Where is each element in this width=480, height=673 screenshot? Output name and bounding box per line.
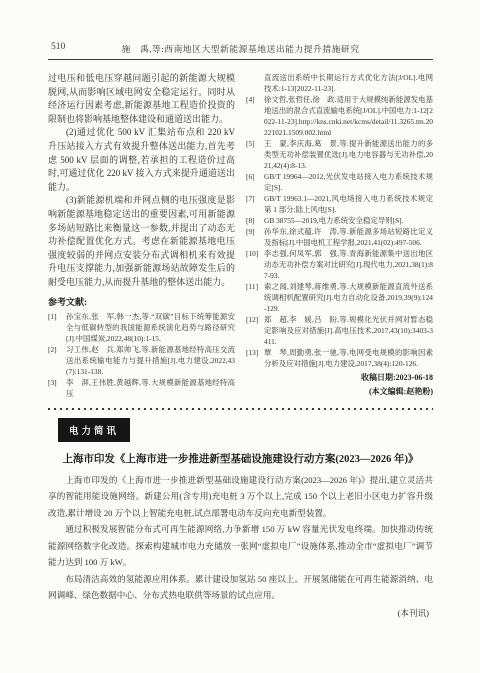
reference-continuation: 直流送出系统中长期运行方式优化方法[J/OL].电网技术:1-13[2022-1… [264, 72, 433, 94]
article-columns: 过电压和低电压穿越问题引起的新能源大规模脱网,从而影响区域电网安全稳定运行。同时… [48, 72, 433, 399]
ref-marker: [5] [246, 138, 264, 171]
ref-text: 孙宝东,张 军,韩一杰,等.“双碳”目标下统筹能源安全与低碳转型的我国能源系统演… [66, 311, 235, 344]
reference-item: [4] 徐文哲,张哲任,徐 政.适用于大规模纯新能源发电基地送出的混合式直流输电… [246, 94, 433, 138]
references-list: [1] 孙宝东,张 军,韩一杰,等.“双碳”目标下统筹能源安全与低碳转型的我国能… [48, 311, 235, 399]
left-column: 过电压和低电压穿越问题引起的新能源大规模脱网,从而影响区域电网安全稳定运行。同时… [48, 72, 235, 399]
ref-marker: [6] [246, 171, 264, 193]
editor-note: (本文编辑:赵艳粉) [246, 386, 433, 397]
paragraph: 过电压和低电压穿越问题引起的新能源大规模脱网,从而影响区域电网安全稳定运行。同时… [48, 72, 235, 126]
news-body: 上海市印发的《上海市进一步推进新型基础设施建设行动方案(2023—2026 年)… [48, 472, 433, 619]
page-header: 510 施 禹,等:西南地区大型新能源基地送出能力提升措施研究 [48, 42, 433, 55]
reference-item: [7] GB/T 19963.1—2021,风电场接入电力系统技术规定 第 1 … [246, 193, 433, 215]
journal-page: 510 施 禹,等:西南地区大型新能源基地送出能力提升措施研究 过电压和低电压穿… [0, 0, 480, 619]
reference-item: [11] 索之闻,刘建琴,蒋维勇,等.大规模新能源直流外送系统调相机配置研究[J… [246, 281, 433, 314]
reference-item: [2] 习工伟,赵 兵,郑帅飞,等.新能源基地经特高压交流送出系统输电能力与提升… [48, 344, 235, 377]
ref-marker: [4] [246, 94, 264, 138]
reference-item: [5] 王 蒙,李庆海,葛 景,等.提升新能源送出能力的多类型无功补偿装置优选[… [246, 138, 433, 171]
ref-text: GB/T 19963.1—2021,风电场接入电力系统技术规定 第 1 部分:陆… [264, 193, 433, 215]
reference-item: [1] 孙宝东,张 军,韩一杰,等.“双碳”目标下统筹能源安全与低碳转型的我国能… [48, 311, 235, 344]
ref-text: GB/T 19964—2012,光伏发电站接入电力系统技术规定[S]. [264, 171, 433, 193]
ref-text: 李志强,何凤军,郭 强,等.青海新能源集中送出地区动态无功补偿方案对比研究[J]… [264, 248, 433, 281]
ref-text: GB 38755—2019,电力系统安全稳定导则[S]. [264, 215, 433, 226]
header-rule [48, 59, 433, 60]
news-signoff: (本刊讯) [48, 607, 433, 619]
paragraph: (2)通过优化 500 kV 汇集站布点和 220 kV 升压站接入方式有效提升… [48, 126, 235, 194]
running-title: 施 禹,等:西南地区大型新能源基地送出能力提升措施研究 [48, 42, 433, 55]
references-heading: 参考文献: [48, 295, 235, 308]
ref-marker: [3] [48, 377, 66, 399]
news-section: 电力简讯 上海市印发《上海市进一步推进新型基础设施建设行动方案(2023—202… [48, 418, 433, 619]
ref-text: 孙华东,徐式蕴,许 涛,等.新能源多场站短路比定义及指标[J].中国电机工程学报… [264, 226, 433, 248]
ref-marker: [8] [246, 215, 264, 226]
ref-marker: [12] [246, 314, 264, 347]
news-paragraph: 上海市印发的《上海市进一步推进新型基础设施建设行动方案(2023—2026 年)… [48, 472, 433, 522]
news-paragraph: 通过积极发展智能分布式可再生能源网络,力争新增 150 万 kW 容量光伏发电终… [48, 521, 433, 571]
reference-item: [10] 李志强,何凤军,郭 强,等.青海新能源集中送出地区动态无功补偿方案对比… [246, 248, 433, 281]
ref-text: 覃 琴,周勤勇,张一驰,等.电网受电规模的影响因素分析及应对措施[J].电力建设… [264, 347, 433, 369]
ref-text: 李 湃,王伟胜,黄越辉,等.大规模新能源基地经特高压 [66, 377, 235, 399]
reference-item: [8] GB 38755—2019,电力系统安全稳定导则[S]. [246, 215, 433, 226]
received-date: 收稿日期:2023-06-18 [246, 372, 433, 383]
ref-marker: [1] [48, 311, 66, 344]
ref-text: 索之闻,刘建琴,蒋维勇,等.大规模新能源直流外送系统调相机配置研究[J].电力自… [264, 281, 433, 314]
ref-marker: [11] [246, 281, 264, 314]
ref-text: 徐文哲,张哲任,徐 政.适用于大规模纯新能源发电基地送出的混合式直流输电系统[J… [264, 94, 433, 138]
reference-item: [12] 郑 超,李 媛,吕 盼,等.规模化光伏并网对暂态稳定影响及应对措施[J… [246, 314, 433, 347]
ref-marker: [7] [246, 193, 264, 215]
ref-text: 郑 超,李 媛,吕 盼,等.规模化光伏并网对暂态稳定影响及应对措施[J].高电压… [264, 314, 433, 347]
reference-item: [6] GB/T 19964—2012,光伏发电站接入电力系统技术规定[S]. [246, 171, 433, 193]
news-badge: 电力简讯 [58, 418, 130, 442]
reference-item: [3] 李 湃,王伟胜,黄越辉,等.大规模新能源基地经特高压 [48, 377, 235, 399]
ref-marker: [13] [246, 347, 264, 369]
ref-text: 习工伟,赵 兵,郑帅飞,等.新能源基地经特高压交流送出系统输电能力与提升措施[J… [66, 344, 235, 377]
dotted-separator [48, 408, 433, 410]
news-title: 上海市印发《上海市进一步推进新型基础设施建设行动方案(2023—2026 年)》 [48, 451, 433, 466]
page-number: 510 [51, 42, 65, 52]
reference-item: [13] 覃 琴,周勤勇,张一驰,等.电网受电规模的影响因素分析及应对措施[J]… [246, 347, 433, 369]
ref-marker: [2] [48, 344, 66, 377]
reference-item: [9] 孙华东,徐式蕴,许 涛,等.新能源多场站短路比定义及指标[J].中国电机… [246, 226, 433, 248]
ref-text: 王 蒙,李庆海,葛 景,等.提升新能源送出能力的多类型无功补偿装置优选[J].电… [264, 138, 433, 171]
ref-marker: [9] [246, 226, 264, 248]
ref-marker: [10] [246, 248, 264, 281]
paragraph: (3)新能源机端和并网点侧的电压强度是影响新能源基地稳定送出的重要因素,可用新能… [48, 194, 235, 289]
right-column: 直流送出系统中长期运行方式优化方法[J/OL].电网技术:1-13[2022-1… [246, 72, 433, 399]
news-paragraph: 布局清洁高效的氢能源应用体系。累计建设加氢站 50 座以上。开展氢储能在可再生能… [48, 571, 433, 604]
